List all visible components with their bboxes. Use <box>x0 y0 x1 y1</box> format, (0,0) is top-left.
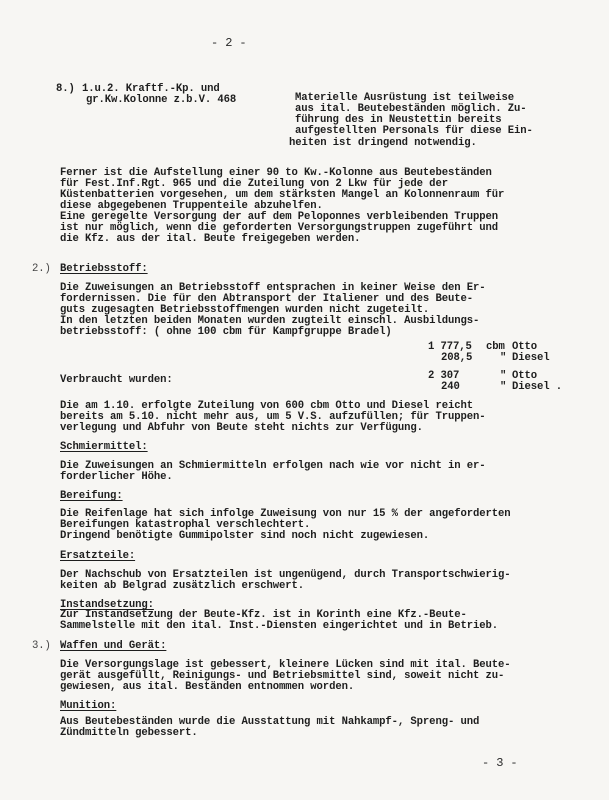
instandsetzung-line: Sammelstelle mit den ital. Inst.-Dienste… <box>60 621 498 632</box>
page-number-footer: - 3 - <box>482 758 518 769</box>
section2-heading: Betriebsstoff: <box>60 264 148 275</box>
schmiermittel-line: forderlicher Höhe. <box>60 472 173 483</box>
item8-remark-line: aufgestellten Personals für diese Ein- <box>295 126 533 137</box>
section2-number: 2.) <box>32 264 51 275</box>
section3-line: gewiesen, aus ital. Beständen entnommen … <box>60 682 354 693</box>
allocated-diesel-unit: " <box>500 353 506 364</box>
consumed-diesel-fuel: Diesel . <box>512 382 562 393</box>
page-number-header: - 2 - <box>211 38 247 49</box>
munition-heading: Munition: <box>60 701 116 712</box>
item8-unit-line-2: gr.Kw.Kolonne z.b.V. 468 <box>86 95 236 106</box>
consumed-label: Verbraucht wurden: <box>60 375 173 386</box>
section3-number: 3.) <box>32 641 51 652</box>
allocated-diesel-amount: 208,5 <box>441 353 472 364</box>
section2-intro-line: betriebsstoff: ( ohne 100 cbm für Kampfg… <box>60 327 392 338</box>
typewritten-page: - 2 - 8.) 1.u.2. Kraftf.-Kp. und gr.Kw.K… <box>0 0 609 800</box>
section3-heading: Waffen und Gerät: <box>60 641 166 652</box>
bereifung-line: Dringend benötigte Gummipolster sind noc… <box>60 531 429 542</box>
schmiermittel-heading: Schmiermittel: <box>60 442 148 453</box>
consumed-diesel-amount: 240 <box>441 382 460 393</box>
item8-remark-line: heiten ist dringend notwendig. <box>289 138 477 149</box>
consumed-diesel-unit: " <box>500 382 506 393</box>
ersatzteile-line: keiten ab Belgrad zusätzlich erschwert. <box>60 581 304 592</box>
munition-line: Zündmitteln gebessert. <box>60 728 198 739</box>
allocation-note-line: verlegung und Abfuhr von Beute steht nic… <box>60 423 423 434</box>
allocated-diesel-fuel: Diesel <box>512 353 550 364</box>
item8-number: 8.) <box>56 84 75 95</box>
paragraph-line: die Kfz. aus der ital. Beute freigegeben… <box>60 234 360 245</box>
ersatzteile-heading: Ersatzteile: <box>60 551 135 562</box>
bereifung-heading: Bereifung: <box>60 491 123 502</box>
